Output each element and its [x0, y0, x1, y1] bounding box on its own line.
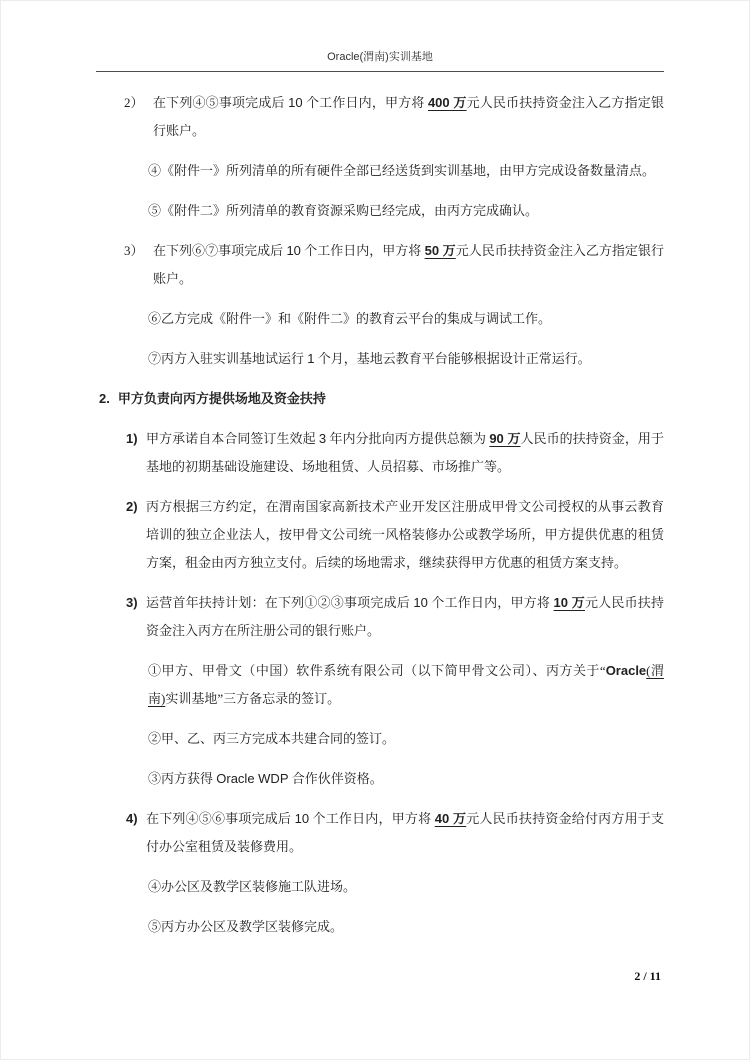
emphasized-amount: 40 万: [435, 811, 466, 826]
paragraph-text: 运营首年扶持计划：在下列①②③事项完成后 10 个工作日内，甲方将 10 万元人…: [146, 595, 664, 638]
text-segment: 10: [295, 811, 309, 826]
paragraph: 4)在下列④⑤⑥事项完成后 10 个工作日内，甲方将 40 万元人民币扶持资金给…: [96, 805, 664, 861]
list-marker: 2）: [124, 89, 144, 117]
paragraph-text: ④办公区及教学区装修施工队进场。: [148, 879, 356, 894]
emphasized-amount: 10 万: [554, 595, 585, 610]
text-segment: 甲方负责向丙方提供场地及资金扶持: [118, 391, 326, 406]
text-segment: ②甲、乙、丙三方完成本共建合同的签订。: [148, 731, 395, 746]
text-segment: ④办公区及教学区装修施工队进场。: [148, 879, 356, 894]
paragraph-text: ③丙方获得 Oracle WDP 合作伙伴资格。: [148, 771, 383, 786]
text-segment: ④《附件一》所列清单的所有硬件全部已经送货到实训基地，由甲方完成设备数量清点。: [148, 163, 655, 178]
text-segment: 合作伙伴资格。: [289, 771, 383, 786]
paragraph: 2)丙方根据三方约定，在渭南国家高新技术产业开发区注册成甲骨文公司授权的从事云教…: [96, 493, 664, 577]
page-footer: 2 / 11: [634, 969, 661, 983]
text-segment: 甲方承诺自本合同签订生效起: [146, 431, 319, 446]
page-header: Oracle(渭南)实训基地: [96, 51, 664, 72]
paragraph: ④《附件一》所列清单的所有硬件全部已经送货到实训基地，由甲方完成设备数量清点。: [96, 157, 664, 185]
header-title: Oracle(渭南)实训基地: [327, 51, 433, 63]
paragraph: ⑦丙方入驻实训基地试运行 1 个月，基地云教育平台能够根据设计正常运行。: [96, 345, 664, 373]
text-segment: 实训基地”三方备忘录的签订。: [165, 691, 340, 706]
paragraph: ②甲、乙、丙三方完成本共建合同的签订。: [96, 725, 664, 753]
list-marker: 3): [126, 589, 138, 617]
paragraph-text: 在下列④⑤事项完成后 10 个工作日内，甲方将 400 万元人民币扶持资金注入乙…: [153, 95, 664, 138]
paragraph-text: 甲方负责向丙方提供场地及资金扶持: [118, 391, 326, 406]
paragraph: ④办公区及教学区装修施工队进场。: [96, 873, 664, 901]
text-segment: ③丙方获得: [148, 771, 216, 786]
text-segment: 10: [288, 95, 302, 110]
text-segment: 1: [307, 351, 314, 366]
paragraph: 3)运营首年扶持计划：在下列①②③事项完成后 10 个工作日内，甲方将 10 万…: [96, 589, 664, 645]
text-segment: 个工作日内，甲方将: [428, 595, 554, 610]
text-segment: ①甲方、甲骨文（中国）软件系统有限公司（以下简甲骨文公司）、丙方关于“: [148, 663, 606, 678]
text-segment: 个工作日内，甲方将: [309, 811, 435, 826]
paragraph-text: ⑦丙方入驻实训基地试运行 1 个月，基地云教育平台能够根据设计正常运行。: [148, 351, 591, 366]
list-marker: 4): [126, 805, 138, 833]
paragraph-text: ④《附件一》所列清单的所有硬件全部已经送货到实训基地，由甲方完成设备数量清点。: [148, 163, 655, 178]
paragraph-text: ⑤《附件二》所列清单的教育资源采购已经完成，由丙方完成确认。: [148, 203, 538, 218]
paragraph-text: ⑥乙方完成《附件一》和《附件二》的教育云平台的集成与调试工作。: [148, 311, 551, 326]
paragraph: ③丙方获得 Oracle WDP 合作伙伴资格。: [96, 765, 664, 793]
text-segment: ⑦丙方入驻实训基地试运行: [148, 351, 307, 366]
paragraph-text: ①甲方、甲骨文（中国）软件系统有限公司（以下简甲骨文公司）、丙方关于“Oracl…: [148, 663, 664, 706]
paragraph: 1)甲方承诺自本合同签订生效起 3 年内分批向丙方提供总额为 90 万人民币的扶…: [96, 425, 664, 481]
emphasized-amount: 50 万: [425, 243, 456, 258]
text-segment: 在下列④⑤⑥事项完成后: [146, 811, 295, 826]
section-heading: 2.甲方负责向丙方提供场地及资金扶持: [96, 385, 664, 413]
text-segment: 10: [286, 243, 300, 258]
paragraph-text: 甲方承诺自本合同签订生效起 3 年内分批向丙方提供总额为 90 万人民币的扶持资…: [146, 431, 664, 474]
list-marker: 2): [126, 493, 138, 521]
paragraph-text: ⑤丙方办公区及教学区装修完成。: [148, 919, 343, 934]
list-marker: 1): [126, 425, 138, 453]
paragraph-text: 在下列⑥⑦事项完成后 10 个工作日内，甲方将 50 万元人民币扶持资金注入乙方…: [153, 243, 664, 286]
paragraph: ⑥乙方完成《附件一》和《附件二》的教育云平台的集成与调试工作。: [96, 305, 664, 333]
paragraph: ⑤丙方办公区及教学区装修完成。: [96, 913, 664, 941]
paragraph: ⑤《附件二》所列清单的教育资源采购已经完成，由丙方完成确认。: [96, 197, 664, 225]
text-segment: 丙方根据三方约定，在渭南国家高新技术产业开发区注册成甲骨文公司授权的从事云教育培…: [146, 499, 664, 570]
paragraph: ①甲方、甲骨文（中国）软件系统有限公司（以下简甲骨文公司）、丙方关于“Oracl…: [96, 657, 664, 713]
text-segment: 10: [413, 595, 427, 610]
text-segment: ⑥乙方完成《附件一》和《附件二》的教育云平台的集成与调试工作。: [148, 311, 551, 326]
text-segment: 个工作日内，甲方将: [301, 243, 425, 258]
text-segment: ⑤丙方办公区及教学区装修完成。: [148, 919, 343, 934]
text-segment: ⑤《附件二》所列清单的教育资源采购已经完成，由丙方完成确认。: [148, 203, 538, 218]
text-segment: 个月，基地云教育平台能够根据设计正常运行。: [315, 351, 591, 366]
paragraph: 2）在下列④⑤事项完成后 10 个工作日内，甲方将 400 万元人民币扶持资金注…: [96, 89, 664, 145]
text-segment: 个工作日内，甲方将: [303, 95, 428, 110]
text-segment: Oracle: [606, 663, 646, 678]
document-body: 2）在下列④⑤事项完成后 10 个工作日内，甲方将 400 万元人民币扶持资金注…: [96, 89, 664, 941]
emphasized-amount: 90 万: [489, 431, 520, 446]
text-segment: Oracle WDP: [216, 771, 288, 786]
document-page: Oracle(渭南)实训基地 2）在下列④⑤事项完成后 10 个工作日内，甲方将…: [0, 0, 750, 1060]
page-number: 2 / 11: [634, 969, 661, 983]
paragraph: 3）在下列⑥⑦事项完成后 10 个工作日内，甲方将 50 万元人民币扶持资金注入…: [96, 237, 664, 293]
list-marker: 2.: [99, 391, 110, 406]
text-segment: 年内分批向丙方提供总额为: [326, 431, 489, 446]
emphasized-amount: 400 万: [428, 95, 467, 110]
paragraph-text: 在下列④⑤⑥事项完成后 10 个工作日内，甲方将 40 万元人民币扶持资金给付丙…: [146, 811, 664, 854]
list-marker: 3）: [124, 237, 144, 265]
text-segment: 在下列④⑤事项完成后: [153, 95, 288, 110]
text-segment: 在下列⑥⑦事项完成后: [153, 243, 286, 258]
paragraph-text: 丙方根据三方约定，在渭南国家高新技术产业开发区注册成甲骨文公司授权的从事云教育培…: [146, 499, 664, 570]
text-segment: 运营首年扶持计划：在下列①②③事项完成后: [146, 595, 413, 610]
paragraph-text: ②甲、乙、丙三方完成本共建合同的签订。: [148, 731, 395, 746]
